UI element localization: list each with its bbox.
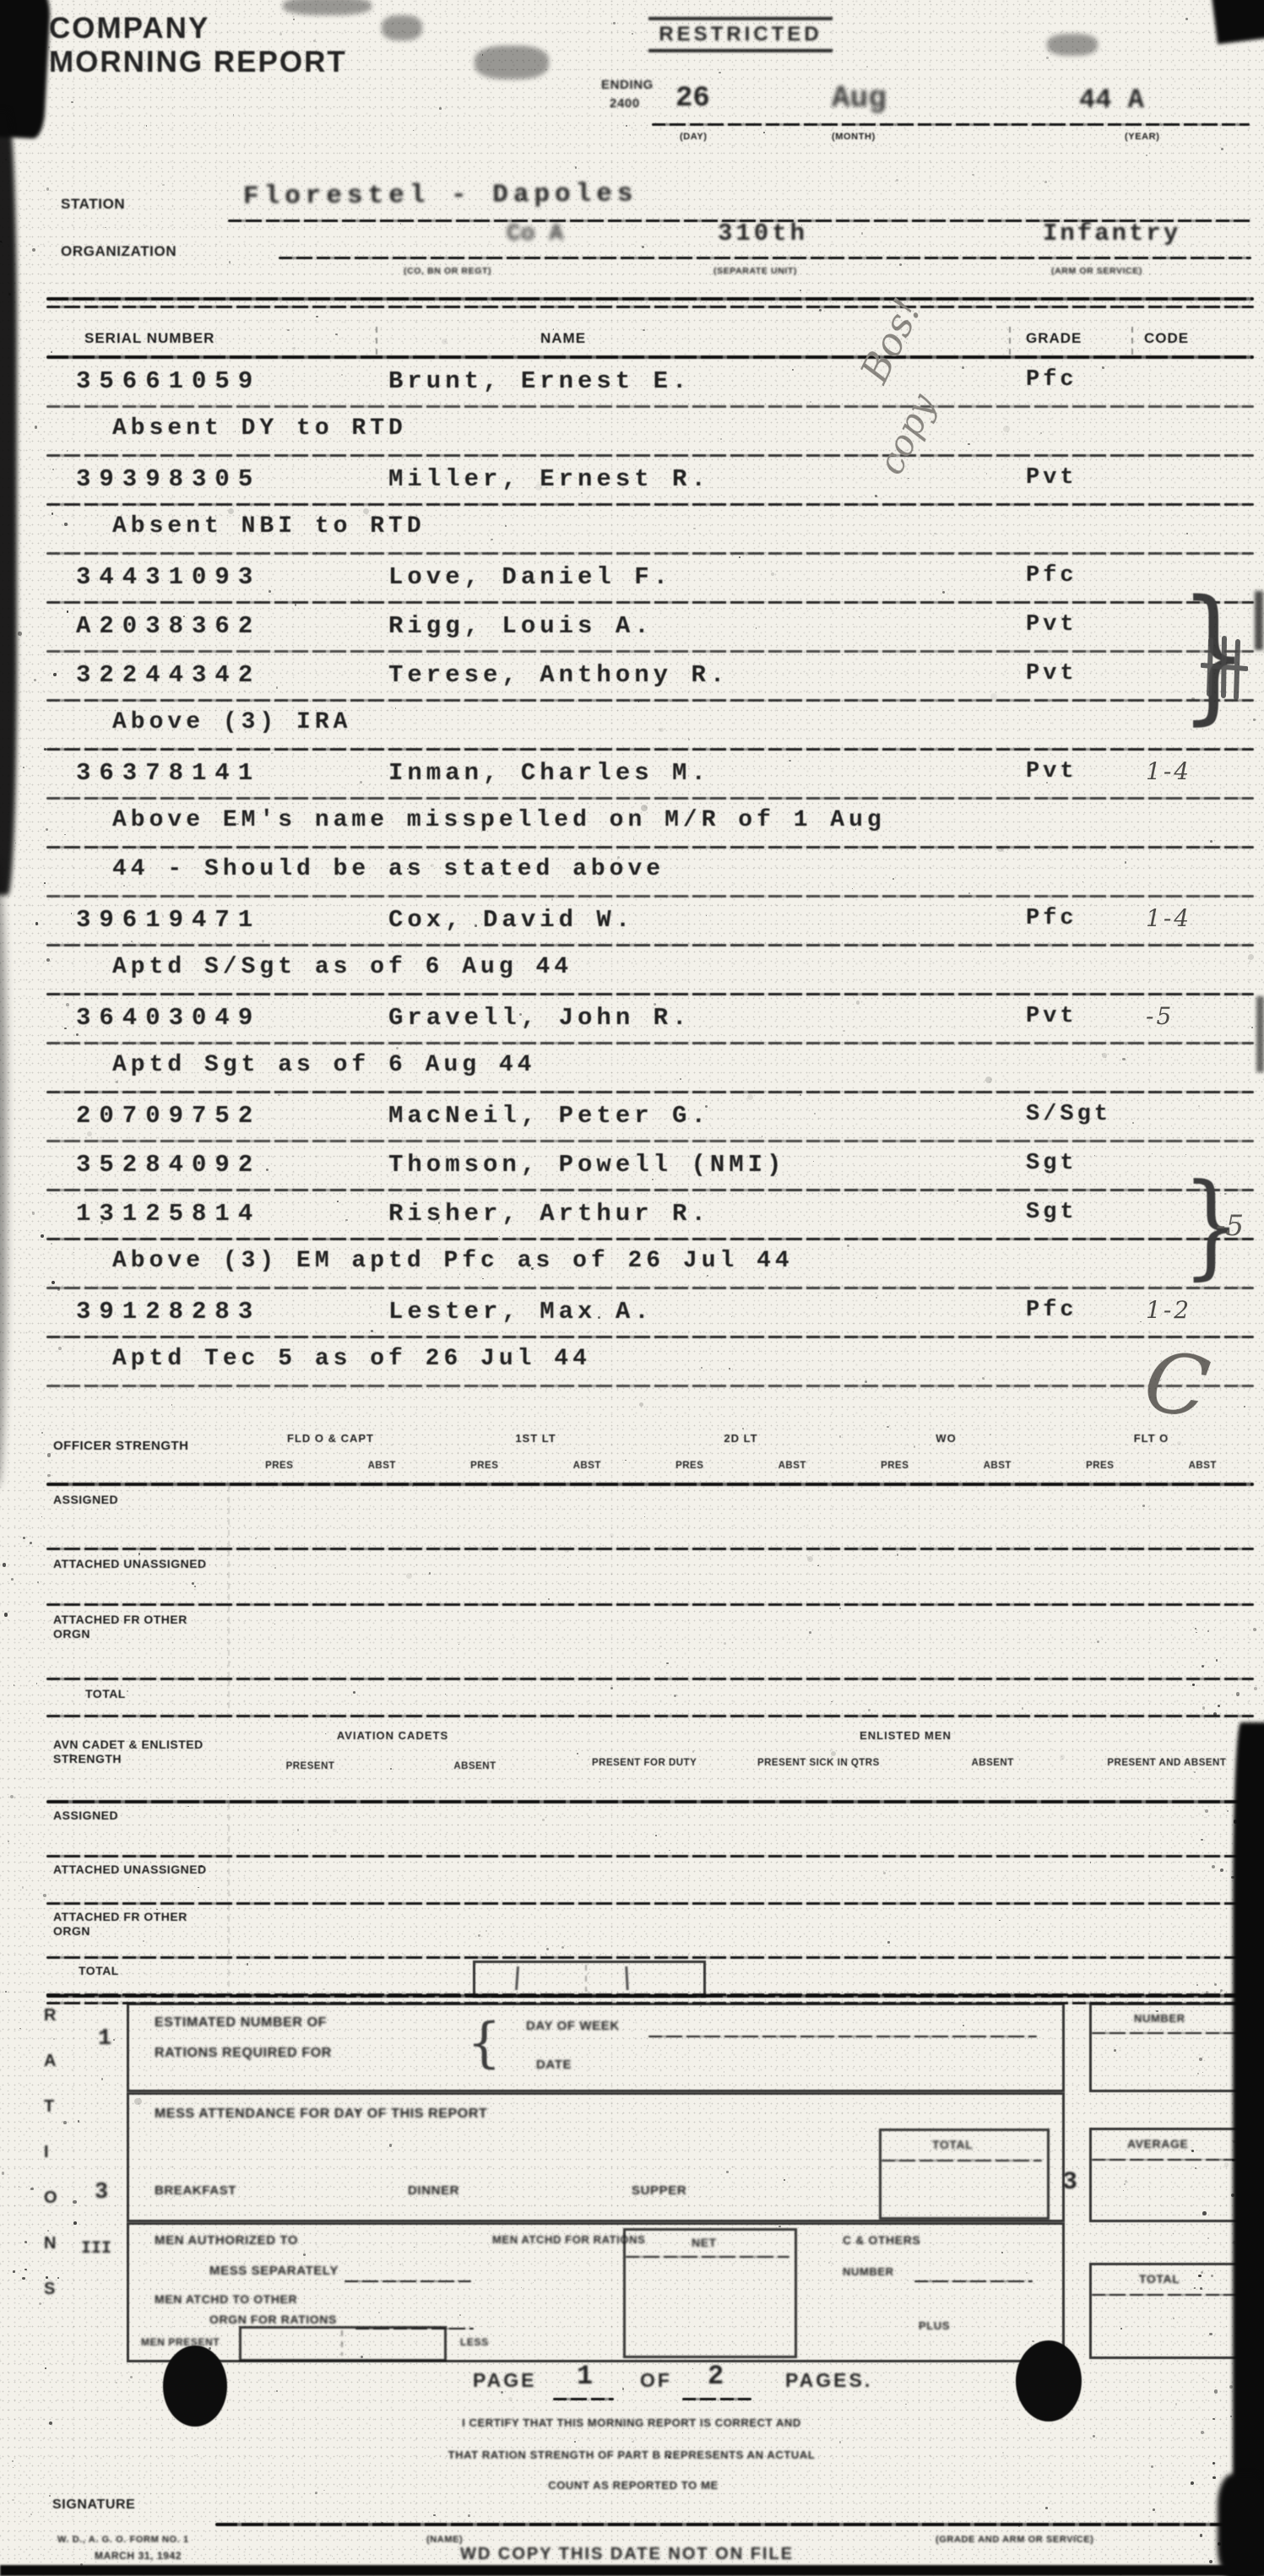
noise-speck <box>542 1819 545 1821</box>
noise-speck <box>116 1081 117 1082</box>
noise-speck <box>1244 1406 1246 1408</box>
roster-row: 13125814Risher, Arthur R.Sgt <box>46 1191 1254 1240</box>
signature-name-sublabel: (NAME) <box>426 2535 463 2545</box>
noise-speck <box>956 281 957 282</box>
abst-column-label: ABST <box>331 1461 434 1472</box>
noise-speck <box>899 263 902 266</box>
noise-speck <box>100 1221 103 1223</box>
noise-speck <box>47 1453 51 1456</box>
certification-line-1: I CERTIFY THAT THIS MORNING REPORT IS CO… <box>336 2416 927 2429</box>
officer-strength-group-header: FLD O & CAPT1ST LT2D LTWOFLT O <box>46 1427 1254 1457</box>
roster-row: 39398305Miller, Ernest R.Pvt <box>46 457 1254 506</box>
organization-label: ORGANIZATION <box>61 243 176 260</box>
noise-speck <box>934 533 936 535</box>
rations-grand-total-divider <box>1092 2294 1247 2296</box>
noise-speck <box>297 1829 299 1830</box>
noise-speck <box>784 2179 784 2180</box>
roster-serial-number: 35284092 <box>76 1151 261 1179</box>
noise-speck <box>986 473 987 474</box>
noise-speck <box>535 484 542 491</box>
noise-speck <box>567 1567 568 1568</box>
date-month-value: Aug <box>832 81 887 116</box>
noise-speck <box>32 248 35 252</box>
noise-speck <box>610 1687 613 1689</box>
rations-mess-label: MESS ATTENDANCE FOR DAY OF THIS REPORT <box>155 2107 487 2122</box>
noise-speck <box>381 2522 383 2524</box>
noise-speck <box>843 1030 844 1032</box>
noise-speck <box>475 925 476 926</box>
rations-vertical-letter: T <box>44 2097 55 2117</box>
noise-speck <box>984 1685 985 1686</box>
noise-speck <box>353 1691 355 1694</box>
noise-speck <box>613 22 616 24</box>
cadet-label-divider <box>228 1857 230 1905</box>
rations-vertical-letter: S <box>44 2280 56 2299</box>
noise-speck <box>86 2329 87 2330</box>
noise-speck <box>800 1094 801 1096</box>
officer-strength-row: ATTACHED FR OTHER ORGN <box>46 1606 1254 1680</box>
noise-speck <box>505 525 506 526</box>
noise-speck <box>23 1537 25 1539</box>
roster-grade: Sgt <box>1026 1151 1077 1176</box>
officer-strength-row: TOTAL <box>46 1680 1254 1717</box>
noise-speck <box>12 2499 14 2502</box>
noise-speck <box>36 1683 38 1684</box>
noise-speck <box>4 1613 8 1616</box>
roster-note-row: 44 - Should be as stated above <box>46 849 1254 898</box>
rations-grand-total-label: TOTAL <box>1139 2272 1180 2286</box>
noise-speck <box>669 1850 670 1851</box>
noise-speck <box>1044 1169 1046 1170</box>
noise-speck <box>116 2382 117 2383</box>
rations-vertical-letter: R <box>44 2006 57 2026</box>
noise-speck <box>255 1537 257 1539</box>
noise-speck <box>400 223 402 225</box>
form-title-line2: MORNING REPORT <box>49 46 347 79</box>
cadet-subheader: PRESENTABSENTPRESENT FOR DUTYPRESENT SIC… <box>46 1753 1254 1800</box>
noise-speck <box>548 1598 550 1600</box>
noise-speck <box>18 632 21 635</box>
officer-row-label: ASSIGNED <box>53 1493 222 1507</box>
organization-unit-sublabel: (CO, BN OR REGT) <box>404 266 491 276</box>
rations-date-label: DATE <box>536 2058 572 2072</box>
roster-row: 35284092Thomson, Powell (NMI)Sgt <box>46 1142 1254 1191</box>
noise-speck <box>719 72 721 74</box>
noise-speck <box>32 1212 35 1214</box>
cadet-strength-row: ASSIGNED <box>46 1803 1254 1857</box>
noise-speck <box>295 604 296 605</box>
officer-row-label: ATTACHED UNASSIGNED <box>53 1557 222 1571</box>
noise-speck <box>865 1380 867 1383</box>
noise-speck <box>626 125 627 127</box>
noise-speck <box>659 728 663 732</box>
organization-underline <box>279 257 1251 259</box>
noise-speck <box>459 2314 461 2316</box>
noise-speck <box>999 1920 1000 1921</box>
noise-speck <box>654 1003 656 1006</box>
rations-item-number-1: 1 <box>98 2026 111 2052</box>
noise-speck <box>892 878 893 879</box>
rations-estimate-box: ESTIMATED NUMBER OF RATIONS REQUIRED FOR… <box>127 2003 1065 2092</box>
noise-speck <box>431 864 434 867</box>
roster-grade: Sgt <box>1026 1200 1077 1225</box>
rations-mess-box: MESS ATTENDANCE FOR DAY OF THIS REPORT B… <box>127 2092 1065 2222</box>
noise-speck <box>652 1179 654 1180</box>
noise-speck <box>887 1941 889 1943</box>
noise-speck <box>1197 2073 1199 2074</box>
roster-name: Thomson, Powell (NMI) <box>388 1151 785 1179</box>
noise-speck <box>1200 2287 1202 2290</box>
noise-speck <box>41 1432 43 1434</box>
officer-strength-row: ATTACHED UNASSIGNED <box>46 1550 1254 1606</box>
cadet-enlisted-strength-table: AVN CADET & ENLISTED STRENGTHAVIATION CA… <box>46 1724 1254 1996</box>
noise-speck <box>399 2264 401 2265</box>
noise-speck <box>49 2421 52 2425</box>
noise-speck <box>1209 2333 1212 2336</box>
punch-hole-left <box>163 2346 227 2427</box>
noise-speck <box>276 686 278 688</box>
roster-serial-number: 35661059 <box>76 367 261 395</box>
noise-speck <box>35 922 38 925</box>
noise-speck <box>632 33 633 35</box>
noise-speck <box>41 1516 42 1517</box>
noise-speck <box>46 958 50 962</box>
pres-column-label: PRES <box>1049 1461 1152 1472</box>
noise-speck <box>1212 2476 1215 2479</box>
noise-speck <box>883 945 884 946</box>
noise-speck <box>521 198 522 199</box>
noise-speck <box>200 1865 203 1868</box>
noise-speck <box>19 2186 20 2188</box>
roster-header-divider-1 <box>376 327 377 355</box>
rations-estimate-label-2: RATIONS REQUIRED FOR <box>155 2046 332 2061</box>
scan-edge-bottom-bar <box>0 2565 1264 2576</box>
roster-serial-number: 36403049 <box>76 1004 261 1032</box>
noise-speck <box>30 2514 32 2515</box>
noise-speck <box>345 1219 347 1221</box>
noise-speck <box>508 2397 513 2401</box>
roster-row: 32244342Terese, Anthony R.Pvt <box>46 653 1254 702</box>
roster-note-text: Aptd Tec 5 as of 26 Jul 44 <box>112 1346 591 1372</box>
noise-speck <box>897 1554 898 1555</box>
noise-speck <box>119 1920 121 1922</box>
noise-speck <box>162 184 164 186</box>
date-day-value: 26 <box>675 83 710 115</box>
roster-grade: Pfc <box>1026 906 1077 931</box>
rations-c-number-line <box>914 2280 1033 2282</box>
officer-label-divider <box>228 1606 230 1680</box>
scan-edge-top-right <box>1212 0 1264 44</box>
noise-speck <box>531 1267 534 1270</box>
noise-speck <box>323 2490 325 2492</box>
cadet-row-label: ATTACHED UNASSIGNED <box>53 1863 222 1877</box>
organization-arm-value: Infantry <box>1043 220 1180 247</box>
rations-average-label: AVERAGE <box>1127 2137 1188 2150</box>
noise-speck <box>276 2390 278 2392</box>
roster-rows: 35661059Brunt, Ernest E.PfcAbsent DY to … <box>46 359 1254 1387</box>
noise-speck <box>599 1782 600 1783</box>
officer-label-divider <box>228 1486 230 1550</box>
roster-grade: Pfc <box>1026 367 1077 393</box>
noise-speck <box>1209 2560 1212 2563</box>
roster-header-divider-2 <box>1009 327 1011 355</box>
rations-day-of-week-label: DAY OF WEEK <box>526 2019 620 2033</box>
officer-group-label: 1ST LT <box>433 1432 638 1445</box>
noise-speck <box>51 351 52 353</box>
noise-speck <box>1002 2452 1003 2453</box>
noise-speck <box>301 1801 303 1803</box>
noise-speck <box>724 1642 726 1645</box>
roster-grade: Pvt <box>1026 465 1077 491</box>
noise-speck <box>726 2171 729 2173</box>
noise-speck <box>19 2028 21 2030</box>
noise-speck <box>1210 840 1212 843</box>
noise-speck <box>861 232 864 235</box>
noise-speck <box>940 2069 941 2069</box>
signature-line <box>215 2523 1256 2526</box>
station-label: STATION <box>61 196 125 213</box>
morning-report-scan: COMPANY MORNING REPORT RESTRICTED ENDING… <box>0 0 1264 2576</box>
roster-note-text: Aptd Sgt as of 6 Aug 44 <box>112 1052 535 1078</box>
enlisted-column-label: PRESENT FOR DUTY <box>557 1758 731 1769</box>
noise-speck <box>662 2533 663 2534</box>
ending-label: ENDING <box>601 78 654 92</box>
roster-grade: Pfc <box>1026 563 1077 588</box>
noise-speck <box>24 2241 27 2243</box>
enlisted-men-label: ENLISTED MEN <box>557 1729 1254 1742</box>
cadet-column-label: ABSENT <box>393 1761 557 1772</box>
noise-speck <box>1221 148 1223 150</box>
noise-speck <box>439 107 442 110</box>
noise-speck <box>1173 2233 1174 2234</box>
rations-vertical-letter: I <box>44 2143 49 2162</box>
noise-speck <box>839 2441 842 2443</box>
rations-total-box: TOTAL <box>879 2129 1050 2220</box>
rations-auth-label-1: MEN AUTHORIZED TO <box>155 2233 298 2248</box>
noise-speck <box>762 1136 763 1137</box>
roster-col-name: NAME <box>540 330 586 347</box>
noise-speck <box>1125 861 1127 864</box>
noise-speck <box>333 1829 336 1832</box>
roster-col-code: CODE <box>1144 330 1189 347</box>
noise-speck <box>1191 2150 1194 2152</box>
roster-note-text: Absent DY to RTD <box>112 415 407 442</box>
enlisted-column-label: PRESENT SICK IN QTRS <box>731 1758 905 1769</box>
noise-speck <box>642 246 644 248</box>
noise-speck <box>1220 1868 1223 1872</box>
noise-speck <box>37 1581 40 1584</box>
noise-speck <box>674 1695 676 1697</box>
roster-serial-number: 39619471 <box>76 906 261 934</box>
noise-speck <box>846 1765 847 1765</box>
roster-serial-number: 13125814 <box>76 1200 261 1228</box>
rations-c-others-label: C & OTHERS <box>843 2233 920 2247</box>
roster-row: 20709752MacNeil, Peter G.S/Sgt <box>46 1093 1254 1142</box>
noise-speck <box>287 329 290 332</box>
noise-speck <box>3 1563 6 1566</box>
roster-name: Gravell, John R. <box>388 1004 691 1032</box>
rations-mess-auth-box: MEN AUTHORIZED TO MESS SEPARATELY MEN AT… <box>127 2222 1065 2362</box>
noise-speck <box>1005 2419 1006 2421</box>
noise-speck <box>478 1934 480 1937</box>
noise-speck <box>131 941 133 942</box>
noise-speck <box>388 749 389 750</box>
noise-speck <box>800 290 801 291</box>
roster-name: Risher, Arthur R. <box>388 1200 710 1228</box>
roster-name: MacNeil, Peter G. <box>388 1102 710 1130</box>
date-month-sublabel: (MONTH) <box>832 132 876 142</box>
noise-speck <box>957 1201 957 1201</box>
noise-speck <box>1097 1641 1099 1643</box>
noise-speck <box>668 2456 670 2459</box>
noise-speck <box>729 1368 730 1369</box>
noise-speck <box>1125 2180 1127 2183</box>
noise-speck <box>1036 1929 1038 1931</box>
rations-dinner-label: DINNER <box>408 2183 459 2198</box>
officer-group-label: 2D LT <box>638 1432 844 1445</box>
noise-speck <box>648 2045 648 2046</box>
roster-grade: Pvt <box>1026 612 1077 637</box>
noise-speck <box>1212 2418 1215 2421</box>
rations-total-label: TOTAL <box>932 2138 973 2151</box>
noise-speck <box>15 843 16 843</box>
noise-speck <box>887 1426 888 1428</box>
noise-speck <box>1200 2534 1202 2536</box>
noise-speck <box>34 679 36 681</box>
rations-grand-total-box: TOTAL <box>1089 2263 1255 2359</box>
noise-speck <box>868 1709 871 1711</box>
noise-speck <box>1251 1027 1253 1028</box>
noise-speck <box>316 316 317 317</box>
enlisted-column-label: ABSENT <box>906 1758 1080 1769</box>
noise-speck <box>980 951 981 952</box>
cadet-label-divider <box>228 1905 230 1959</box>
noise-speck <box>52 512 54 515</box>
noise-speck <box>1196 1984 1198 1986</box>
noise-speck <box>229 261 231 263</box>
noise-speck <box>12 2460 14 2462</box>
noise-speck <box>1248 954 1254 960</box>
roster-note-row: Aptd Sgt as of 6 Aug 44 <box>46 1044 1254 1093</box>
roster-name: Lester, Max A. <box>388 1298 654 1326</box>
officer-strength-table: OFFICER STRENGTHFLD O & CAPT1ST LT2D LTW… <box>46 1427 1254 1717</box>
scan-edge-right-tick2 <box>1256 996 1264 1072</box>
noise-speck <box>67 610 69 613</box>
date-year-value: 44 A <box>1079 84 1144 116</box>
roster-row-rule <box>46 1385 1254 1387</box>
noise-speck <box>1230 2416 1232 2417</box>
noise-speck <box>581 492 583 494</box>
tally-marks-icon <box>1201 635 1248 701</box>
ending-time: 2400 <box>610 96 640 111</box>
roster-code-mark: 1-4 <box>1146 757 1191 785</box>
noise-speck <box>1202 2378 1204 2379</box>
cadet-row-label: ASSIGNED <box>53 1809 222 1823</box>
noise-speck <box>963 2025 963 2026</box>
noise-speck <box>1156 2010 1158 2012</box>
noise-speck <box>101 2078 104 2080</box>
noise-speck <box>856 1001 860 1004</box>
roster-serial-number: 39398305 <box>76 465 261 493</box>
roster-code-mark: 1-4 <box>1146 904 1191 932</box>
noise-speck <box>13 2270 15 2273</box>
rations-auth-line-2 <box>344 2280 471 2282</box>
noise-speck <box>756 627 757 628</box>
noise-speck <box>482 1278 483 1279</box>
noise-speck <box>809 1631 811 1634</box>
roster-name: Terese, Anthony R. <box>388 661 729 689</box>
roster-note-row: Above (3) IRA <box>46 702 1254 751</box>
noise-speck <box>64 523 67 525</box>
noise-speck <box>361 2356 363 2358</box>
noise-speck <box>814 1113 816 1114</box>
rations-vertical-letter: O <box>44 2188 57 2208</box>
officer-row-label: ATTACHED FR OTHER ORGN <box>53 1613 222 1641</box>
cadet-strength-row: TOTAL <box>46 1959 1254 1996</box>
noise-speck <box>632 2441 633 2443</box>
noise-speck <box>373 1180 374 1181</box>
noise-speck <box>1151 2465 1153 2468</box>
cadet-group-header: AVIATION CADETSENLISTED MEN <box>46 1724 1254 1753</box>
noise-speck <box>1146 155 1147 156</box>
form-title-line1: COMPANY <box>49 12 209 46</box>
noise-speck <box>1253 1628 1256 1631</box>
scan-edge-left-strip <box>0 110 17 895</box>
noise-speck <box>78 2120 80 2123</box>
noise-speck <box>1018 2525 1020 2527</box>
noise-speck <box>57 2277 59 2279</box>
officer-group-label: WO <box>844 1432 1049 1445</box>
cadet-strength-row: ATTACHED FR OTHER ORGN <box>46 1905 1254 1959</box>
noise-speck <box>73 251 75 252</box>
noise-speck <box>1177 1441 1181 1445</box>
noise-speck <box>598 1316 600 1319</box>
noise-speck <box>24 2269 27 2271</box>
roster-note-text: 44 - Should be as stated above <box>112 856 665 882</box>
noise-speck <box>1046 57 1049 59</box>
noise-speck <box>1212 2462 1215 2465</box>
section-divider-1b <box>46 306 1254 308</box>
noise-speck <box>491 539 492 540</box>
noise-speck <box>1216 1659 1218 1662</box>
noise-speck <box>429 1572 431 1575</box>
noise-speck <box>156 1909 158 1911</box>
scan-smudge-3 <box>475 46 549 79</box>
roster-code-mark: 1-2 <box>1146 1296 1191 1324</box>
section-divider-2a <box>46 1994 1254 1998</box>
noise-speck <box>22 2277 25 2280</box>
noise-speck <box>52 469 54 470</box>
noise-speck <box>123 885 125 887</box>
organization-arm-sublabel: (ARM OR SERVICE) <box>1051 266 1142 276</box>
officer-label-divider <box>228 1550 230 1606</box>
roster-row: 39619471Cox, David W.Pfc1-4 <box>46 898 1254 946</box>
form-date-label: MARCH 31, 1942 <box>95 2550 182 2562</box>
noise-speck <box>1175 2403 1177 2405</box>
signature-label: SIGNATURE <box>52 2497 135 2513</box>
noise-speck <box>413 130 414 131</box>
noise-speck <box>519 1013 522 1016</box>
noise-speck <box>23 767 24 768</box>
handwritten-flourish: C <box>1138 1333 1216 1438</box>
noise-speck <box>335 334 337 335</box>
roster-name: Brunt, Ernest E. <box>388 367 691 395</box>
noise-speck <box>866 66 868 68</box>
roster-note-text: Absent NBI to RTD <box>112 513 426 540</box>
noise-speck <box>839 2488 841 2490</box>
pres-column-label: PRES <box>844 1461 947 1472</box>
noise-speck <box>807 1556 813 1562</box>
